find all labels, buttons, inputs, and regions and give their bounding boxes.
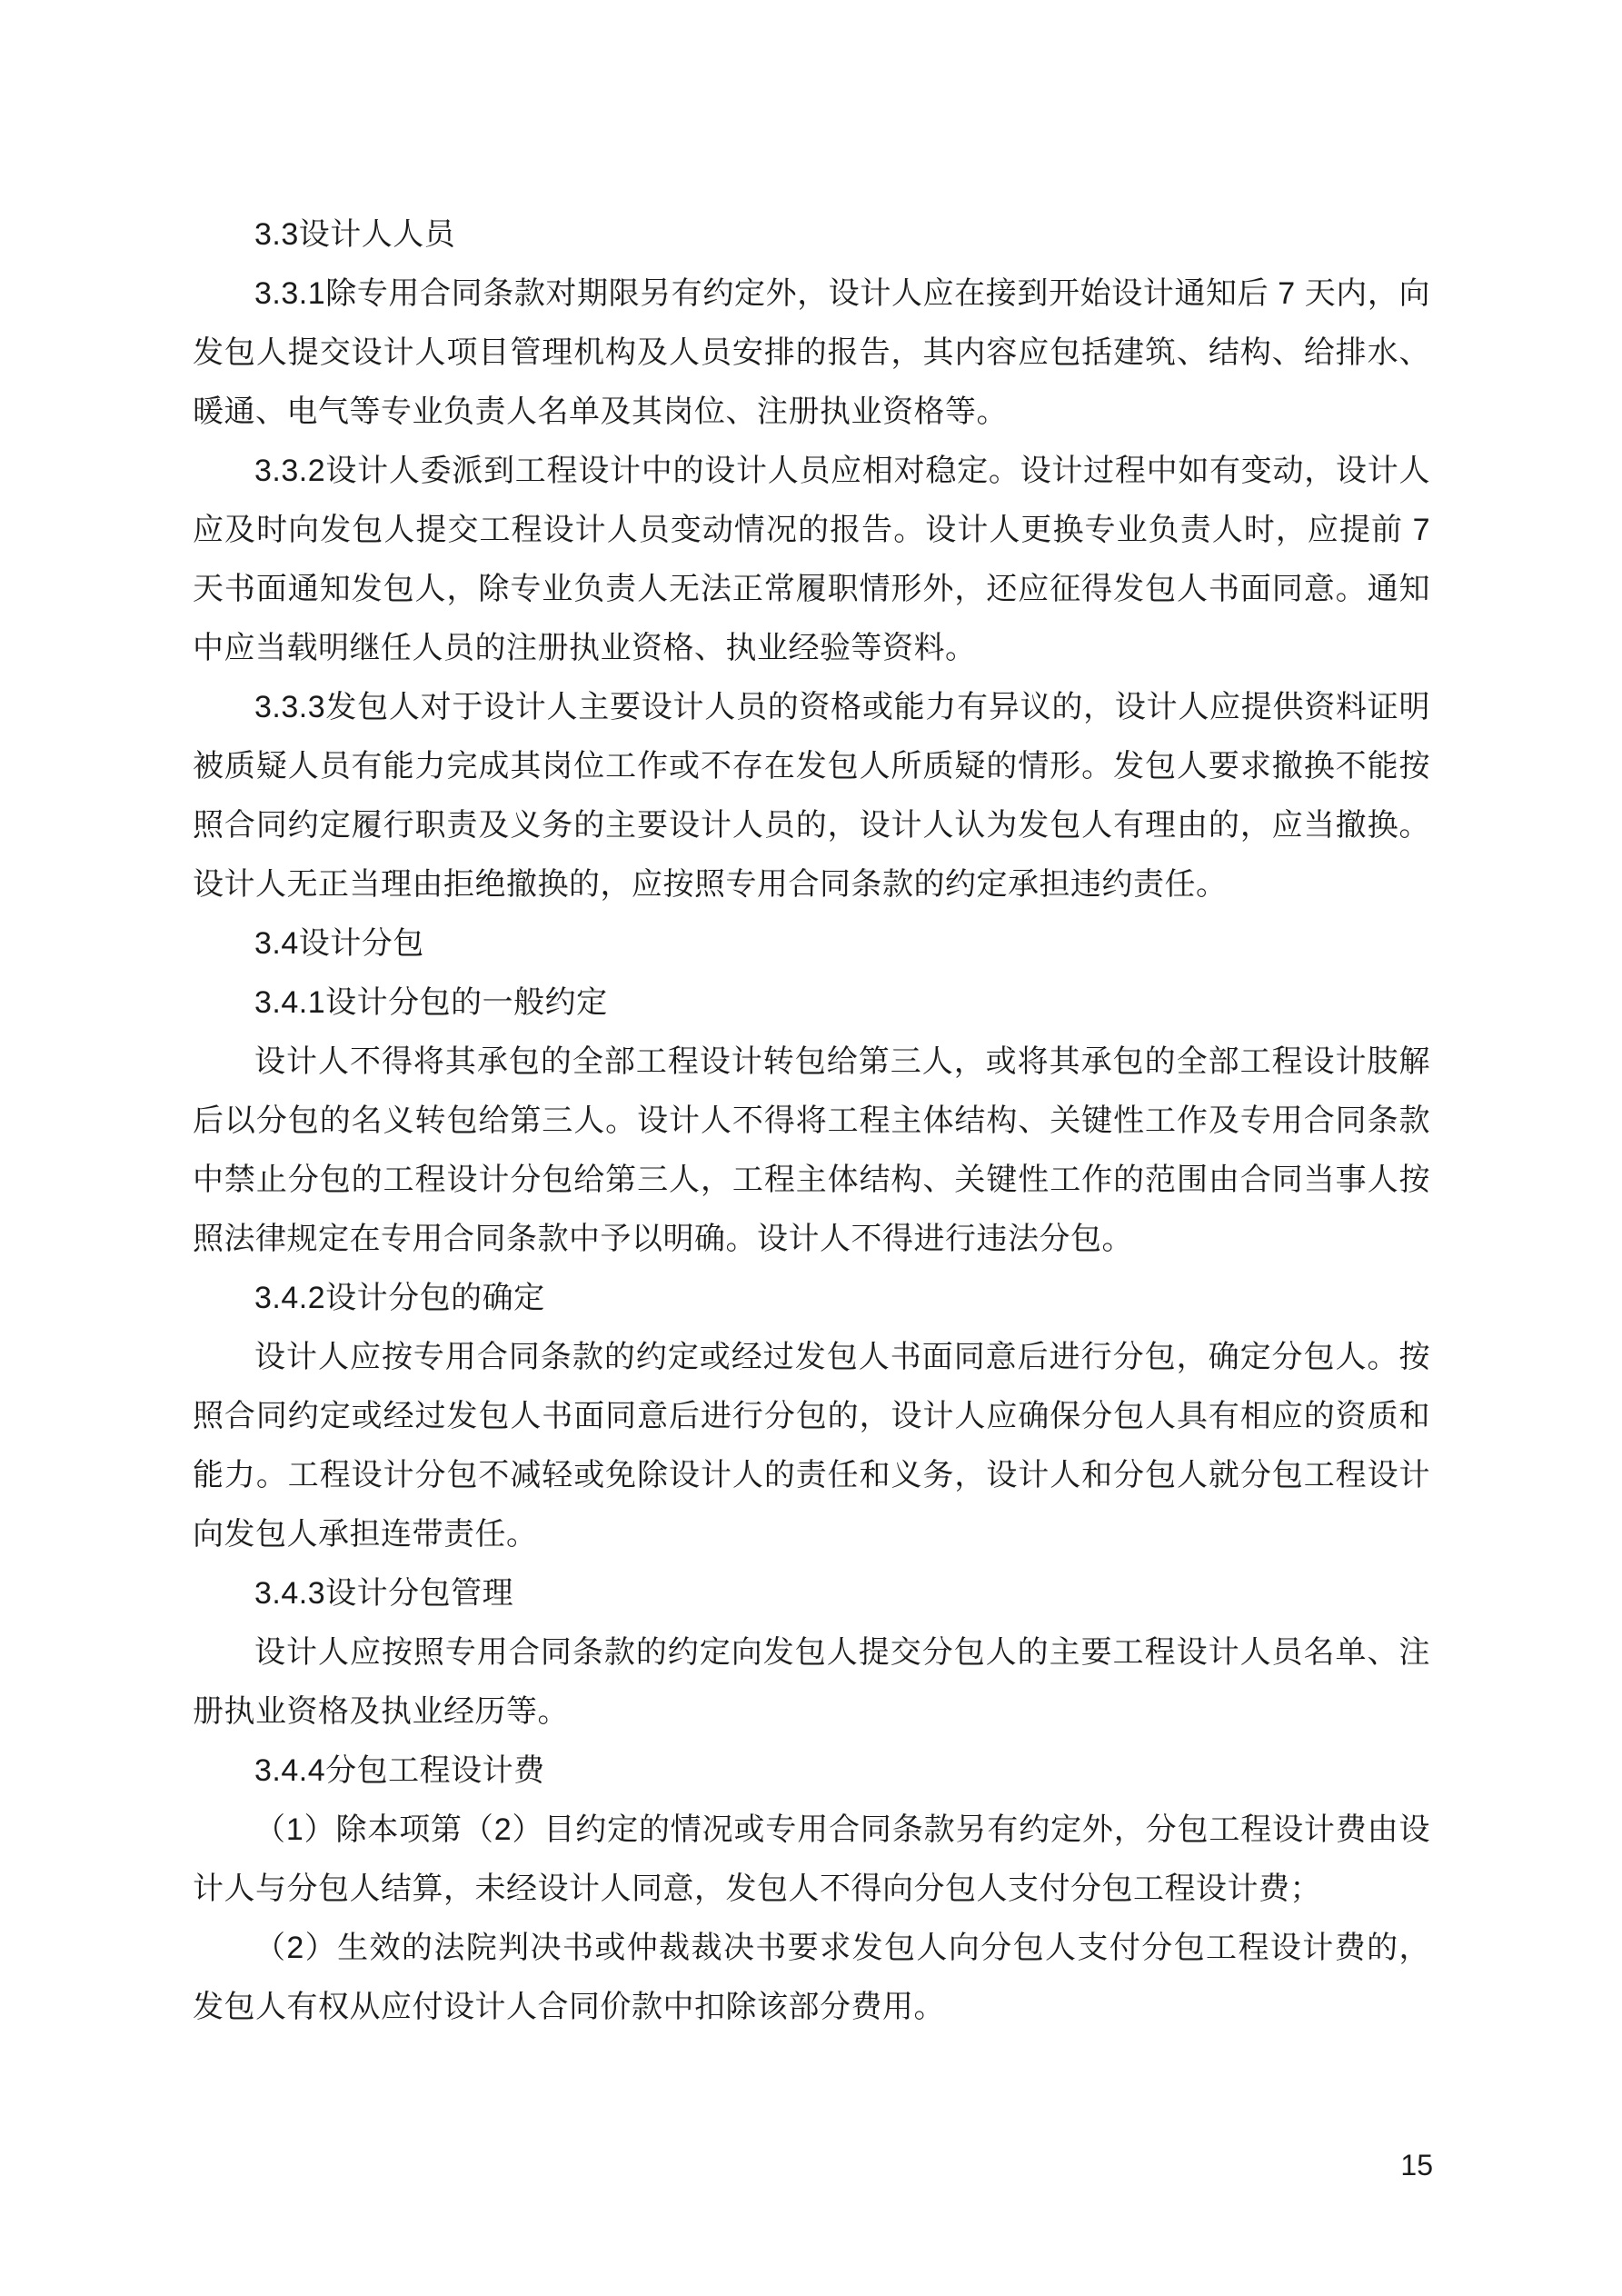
contract-text-block: 3.3设计人人员 3.3.1除专用合同条款对期限另有约定外，设计人应在接到开始设… xyxy=(193,205,1430,2037)
clause-paragraph-3-3-3: 3.3.3发包人对于设计人主要设计人员的资格或能力有异议的，设计人应提供资料证明… xyxy=(193,678,1430,914)
clause-paragraph-3-3-2: 3.3.2设计人委派到工程设计中的设计人员应相对稳定。设计过程中如有变动，设计人… xyxy=(193,442,1430,678)
section-heading-3-4: 3.4设计分包 xyxy=(193,914,1430,973)
section-heading-3-4-4: 3.4.4分包工程设计费 xyxy=(193,1742,1430,1801)
page-number: 15 xyxy=(1400,2147,1433,2183)
document-page: 3.3设计人人员 3.3.1除专用合同条款对期限另有约定外，设计人应在接到开始设… xyxy=(0,0,1622,2296)
clause-paragraph-3-4-2: 设计人应按专用合同条款的约定或经过发包人书面同意后进行分包，确定分包人。按照合同… xyxy=(193,1328,1430,1564)
clause-paragraph-3-3-1: 3.3.1除专用合同条款对期限另有约定外，设计人应在接到开始设计通知后 7 天内… xyxy=(193,265,1430,442)
section-heading-3-3: 3.3设计人人员 xyxy=(193,205,1430,265)
clause-paragraph-3-4-4-item-2: （2）生效的法院判决书或仲裁裁决书要求发包人向分包人支付分包工程设计费的，发包人… xyxy=(193,1919,1430,2037)
section-heading-3-4-1: 3.4.1设计分包的一般约定 xyxy=(193,973,1430,1033)
clause-paragraph-3-4-1: 设计人不得将其承包的全部工程设计转包给第三人，或将其承包的全部工程设计肢解后以分… xyxy=(193,1033,1430,1269)
clause-paragraph-3-4-4-item-1: （1）除本项第（2）目约定的情况或专用合同条款另有约定外，分包工程设计费由设计人… xyxy=(193,1801,1430,1919)
clause-paragraph-3-4-3: 设计人应按照专用合同条款的约定向发包人提交分包人的主要工程设计人员名单、注册执业… xyxy=(193,1623,1430,1742)
section-heading-3-4-2: 3.4.2设计分包的确定 xyxy=(193,1269,1430,1328)
section-heading-3-4-3: 3.4.3设计分包管理 xyxy=(193,1564,1430,1623)
